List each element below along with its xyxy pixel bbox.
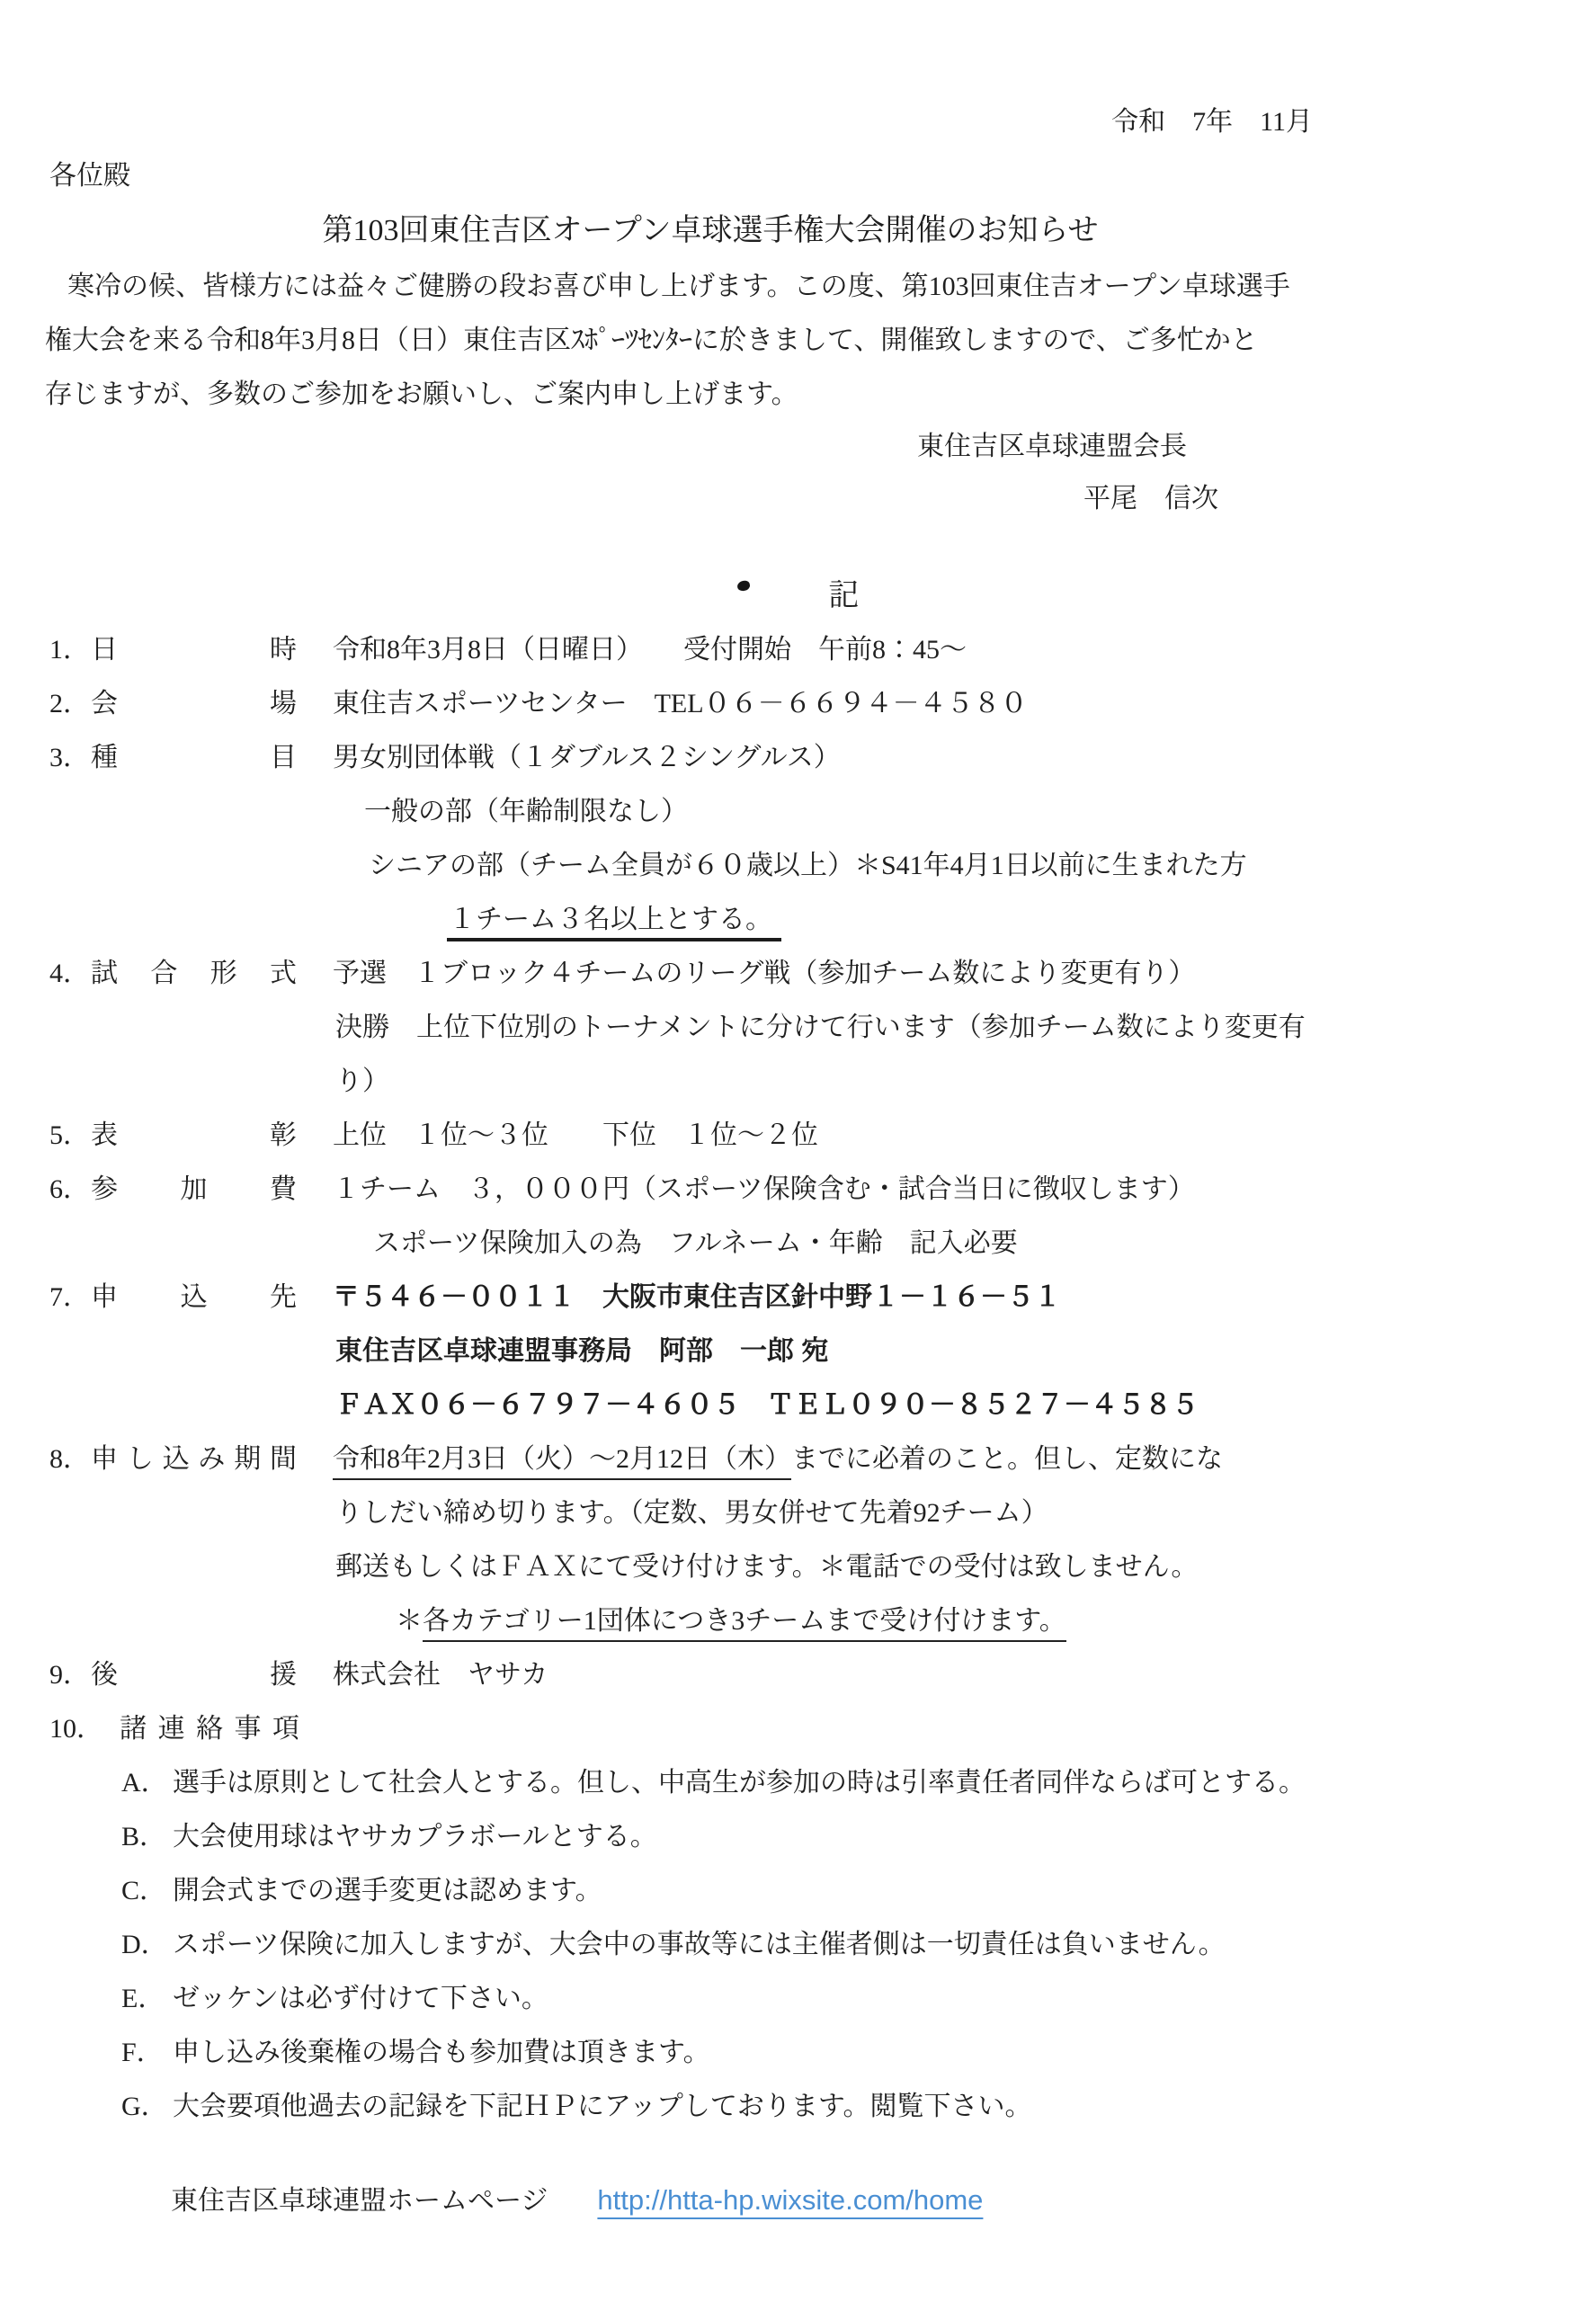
- item-number: 2．: [49, 677, 91, 731]
- items-list: 1． 日時 令和8年3月8日（日曜日） 受付開始 午前8：45～ 2． 会場 東…: [0, 623, 1596, 2134]
- item-number: 1．: [49, 623, 91, 677]
- item-label: 表彰: [91, 1109, 297, 1163]
- greeting-line: 存じますが、多数のご参加をお願いし、ご案内申し上げます。: [45, 368, 1596, 422]
- note-text: 大会使用球はヤサカプラボールとする。: [173, 1810, 657, 1864]
- item-label: 申込先: [91, 1271, 297, 1325]
- page-title: 第103回東住吉区オープン卓球選手権大会開催のお知らせ: [0, 202, 1596, 260]
- note-letter: F．: [121, 2026, 173, 2080]
- item-content: 東住吉スポーツセンター TEL０６－６６９４－４５８０: [333, 677, 1028, 731]
- note-text: 選手は原則として社会人とする。但し、中高生が参加の時は引率責任者同伴ならば可とす…: [173, 1756, 1306, 1810]
- signature-org: 東住吉区卓球連盟会長: [0, 422, 1596, 472]
- item-number: 10．: [49, 1702, 120, 1756]
- item-1-date-time: 1． 日時 令和8年3月8日（日曜日） 受付開始 午前8：45～: [0, 623, 1596, 677]
- item-7-application-address: 7． 申込先 〒５４６－００１１ 大阪市東住吉区針中野１－１６－５１: [0, 1271, 1596, 1325]
- note-row-f: F． 申し込み後棄権の場合も参加費は頂きます。: [0, 2026, 1596, 2080]
- item-4-finals-line: 決勝 上位下位別のトーナメントに分けて行います（参加チーム数により変更有: [0, 1001, 1596, 1055]
- item-3-team-size-rule: １チーム３名以上とする。: [0, 893, 1596, 947]
- homepage-label: 東住吉区卓球連盟ホームページ: [171, 2186, 548, 2216]
- note-text: スポーツ保険に加入しますが、大会中の事故等には主催者側は一切責任は負いません。: [173, 1918, 1226, 1972]
- homepage-link[interactable]: http://htta-hp.wixsite.com/home: [597, 2184, 983, 2216]
- item-label: 試合形式: [91, 947, 297, 1001]
- item-6-entry-fee: 6． 参加費 １チーム ３，０００円（スポーツ保険含む・試合当日に徴収します）: [0, 1163, 1596, 1217]
- item-label: 会場: [91, 677, 297, 731]
- note-text: 申し込み後棄権の場合も参加費は頂きます。: [173, 2026, 710, 2080]
- note-letter: A．: [121, 1756, 173, 1810]
- item-7-fax-tel: ＦＡＸ０６－６７９７－４６０５ ＴＥＬ０９０－８５２７－４５８５: [0, 1379, 1596, 1432]
- item-2-venue: 2． 会場 東住吉スポーツセンター TEL０６－６６９４－４５８０: [0, 677, 1596, 731]
- item-8-application-period: 8． 申し込み期間 令和8年2月3日（火）～2月12日（木）までに必着のこと。但…: [0, 1432, 1596, 1486]
- issued-date: 令和 7年 11月: [0, 94, 1596, 150]
- deadline-rest: までに必着のこと。但し、定数にな: [791, 1444, 1223, 1474]
- note-row-a: A． 選手は原則として社会人とする。但し、中高生が参加の時は引率責任者同伴ならば…: [0, 1756, 1596, 1810]
- note-text: ゼッケンは必ず付けて下さい。: [173, 1972, 548, 2026]
- note-row-e: E． ゼッケンは必ず付けて下さい。: [0, 1972, 1596, 2026]
- note-text: 開会式までの選手変更は認めます。: [173, 1864, 602, 1918]
- item-label: 種目: [91, 731, 297, 785]
- item-4-match-format: 4． 試合形式 予選 １ブロック４チームのリーグ戦（参加チーム数により変更有り）: [0, 947, 1596, 1001]
- item-content: 令和8年3月8日（日曜日） 受付開始 午前8：45～: [333, 623, 967, 677]
- item-3-events: 3． 種目 男女別団体戦（１ダブルス２シングルス）: [0, 731, 1596, 785]
- note-row-d: D． スポーツ保険に加入しますが、大会中の事故等には主催者側は一切責任は負いませ…: [0, 1918, 1596, 1972]
- note-letter: B．: [121, 1810, 173, 1864]
- scanned-notice-page: 令和 7年 11月 各位殿 第103回東住吉区オープン卓球選手権大会開催のお知ら…: [0, 0, 1596, 2302]
- ink-mark: [736, 580, 751, 593]
- item-number: 7．: [49, 1271, 91, 1325]
- item-content: 男女別団体戦（１ダブルス２シングルス）: [333, 731, 841, 785]
- postal-address: 〒５４６－００１１ 大阪市東住吉区針中野１－１６－５１: [333, 1271, 1061, 1325]
- footer-homepage-line: 東住吉区卓球連盟ホームページhttp://htta-hp.wixsite.com…: [0, 2172, 1596, 2229]
- item-number: 9．: [49, 1648, 91, 1702]
- item-label: 諸連絡事項: [120, 1702, 299, 1756]
- note-row-c: C． 開会式までの選手変更は認めます。: [0, 1864, 1596, 1918]
- underlined-team-size: １チーム３名以上とする。: [447, 905, 781, 941]
- item-content: 株式会社 ヤサカ: [333, 1648, 548, 1702]
- note-letter: D．: [121, 1918, 173, 1972]
- item-10-notices-header: 10． 諸連絡事項: [0, 1702, 1596, 1756]
- record-mark-line: 記: [0, 569, 1596, 623]
- asterisk-mark: ＊: [396, 1606, 423, 1636]
- salutation: 各位殿: [0, 150, 1596, 202]
- item-number: 3．: [49, 731, 91, 785]
- note-letter: G．: [121, 2080, 173, 2134]
- note-row-g: G． 大会要項他過去の記録を下記ＨＰにアップしております。閲覧下さい。: [0, 2080, 1596, 2134]
- item-9-sponsor: 9． 後援 株式会社 ヤサカ: [0, 1648, 1596, 1702]
- item-label: 申し込み期間: [91, 1432, 297, 1486]
- note-letter: E．: [121, 1972, 173, 2026]
- item-4-wrap-line: り）: [0, 1055, 1596, 1109]
- item-8-category-limit: ＊各カテゴリー1団体につき3チームまで受け付けます。: [0, 1594, 1596, 1648]
- item-number: 4．: [49, 947, 91, 1001]
- greeting-paragraph: 寒冷の候、皆様方には益々ご健勝の段お喜び申し上げます。この度、第103回東住吉オ…: [0, 260, 1596, 422]
- item-5-awards: 5． 表彰 上位 １位～３位 下位 １位～２位: [0, 1109, 1596, 1163]
- greeting-line: 権大会を来る令和8年3月8日（日）東住吉区ｽﾎﾟｰﾂｾﾝﾀｰに於きまして、開催致…: [45, 314, 1596, 368]
- item-content: １チーム ３，０００円（スポーツ保険含む・試合当日に徴収します）: [333, 1163, 1195, 1217]
- item-content: 上位 １位～３位 下位 １位～２位: [333, 1109, 818, 1163]
- item-7-recipient: 東住吉区卓球連盟事務局 阿部 一郎 宛: [0, 1325, 1596, 1379]
- item-8-cutoff-line: りしだい締め切ります。（定数、男女併せて先着92チーム）: [0, 1486, 1596, 1540]
- note-row-b: B． 大会使用球はヤサカプラボールとする。: [0, 1810, 1596, 1864]
- item-number: 8．: [49, 1432, 91, 1486]
- item-content: 令和8年2月3日（火）～2月12日（木）までに必着のこと。但し、定数にな: [333, 1432, 1223, 1486]
- item-number: 5．: [49, 1109, 91, 1163]
- signature-name: 平尾 信次: [0, 472, 1596, 526]
- note-text: 大会要項他過去の記録を下記ＨＰにアップしております。閲覧下さい。: [173, 2080, 1032, 2134]
- note-letter: C．: [121, 1864, 173, 1918]
- item-content: 予選 １ブロック４チームのリーグ戦（参加チーム数により変更有り）: [333, 947, 1195, 1001]
- underlined-category-limit: 各カテゴリー1団体につき3チームまで受け付けます。: [423, 1606, 1066, 1642]
- item-label: 日時: [91, 623, 297, 677]
- underlined-deadline: 令和8年2月3日（火）～2月12日（木）: [333, 1444, 791, 1480]
- item-label: 後援: [91, 1648, 297, 1702]
- item-3-general-division: 一般の部（年齢制限なし）: [0, 785, 1596, 839]
- item-8-mail-fax-line: 郵送もしくはＦＡＸにて受け付けます。＊電話での受付は致しません。: [0, 1540, 1596, 1594]
- item-6-insurance-note: スポーツ保険加入の為 フルネーム・年齢 記入必要: [0, 1217, 1596, 1271]
- item-3-senior-division: シニアの部（チーム全員が６０歳以上）＊S41年4月1日以前に生まれた方: [0, 839, 1596, 893]
- item-number: 6．: [49, 1163, 91, 1217]
- item-label: 参加費: [91, 1163, 297, 1217]
- record-mark: 記: [829, 579, 860, 612]
- greeting-line: 寒冷の候、皆様方には益々ご健勝の段お喜び申し上げます。この度、第103回東住吉オ…: [45, 260, 1596, 314]
